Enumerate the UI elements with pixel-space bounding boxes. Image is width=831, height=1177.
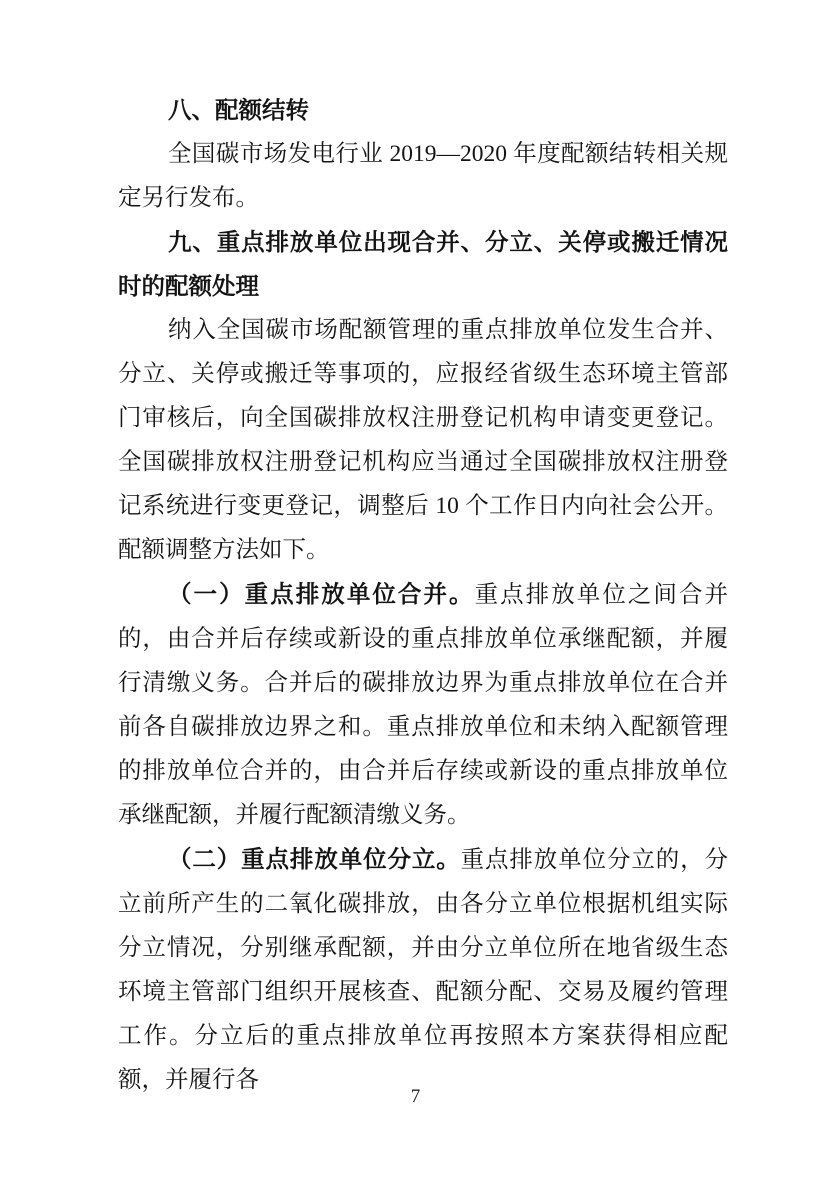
paragraph-change-registration: 纳入全国碳市场配额管理的重点排放单位发生合并、分立、关停或搬迁等事项的，应报经省… <box>118 308 728 572</box>
paragraph-quota-carryover: 全国碳市场发电行业 2019—2020 年度配额结转相关规定另行发布。 <box>118 132 728 220</box>
paragraph-merger: （一）重点排放单位合并。重点排放单位之间合并的，由合并后存续或新设的重点排放单位… <box>118 572 728 837</box>
paragraph-split-body: 重点排放单位分立的，分立前所产生的二氧化碳排放，由各分立单位根据机组实际分立情况… <box>118 847 728 1093</box>
section-heading-unit-changes: 九、重点排放单位出现合并、分立、关停或搬迁情况时的配额处理 <box>118 220 728 308</box>
paragraph-split-lead: （二）重点排放单位分立。 <box>168 846 461 872</box>
document-page: 八、配额结转 全国碳市场发电行业 2019—2020 年度配额结转相关规定另行发… <box>0 0 831 1177</box>
paragraph-merger-body: 重点排放单位之间合并的，由合并后存续或新设的重点排放单位承继配额，并履行清缴义务… <box>118 582 728 828</box>
paragraph-split: （二）重点排放单位分立。重点排放单位分立的，分立前所产生的二氧化碳排放，由各分立… <box>118 837 728 1102</box>
page-content: 八、配额结转 全国碳市场发电行业 2019—2020 年度配额结转相关规定另行发… <box>118 88 728 1102</box>
section-heading-quota-carryover: 八、配额结转 <box>118 88 728 132</box>
paragraph-merger-lead: （一）重点排放单位合并。 <box>168 581 475 607</box>
page-number: 7 <box>0 1086 831 1108</box>
